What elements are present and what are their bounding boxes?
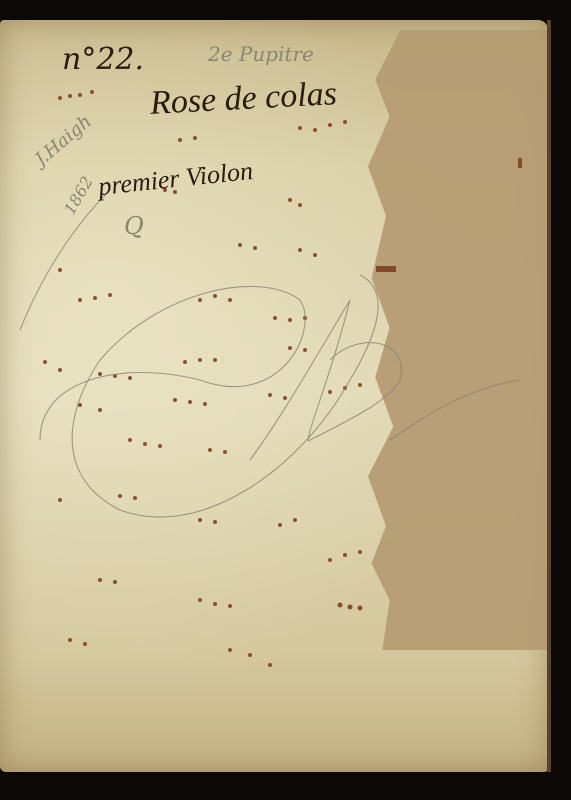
pencil-initial: Q [124, 212, 144, 240]
manuscript-number: n°22. [62, 42, 144, 77]
manuscript-scan: n°22. Rose de colas premier Violon 2e Pu… [0, 0, 571, 800]
pencil-note-desk: 2e Pupitre [208, 42, 314, 66]
